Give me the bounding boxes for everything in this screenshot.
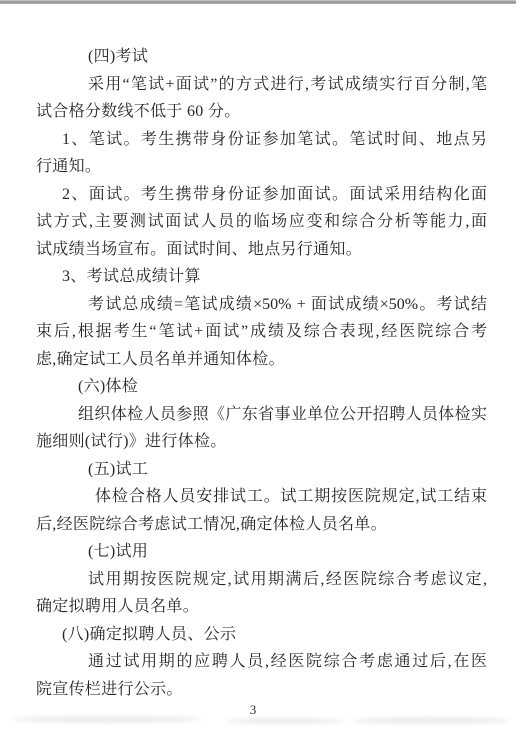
text-line: 行通知。 [36, 153, 487, 181]
text-line: 束后,根据考生“笔试+面试”成绩及综合表现,经医院综合考 [36, 318, 487, 346]
text-line: 体检合格人员安排试工。试工期按医院规定,试工结束 [36, 483, 487, 511]
text-line: 试成绩当场宣布。面试时间、地点另行通知。 [36, 236, 487, 264]
section-heading: (六)体检 [36, 373, 487, 401]
scan-edge-artifact [0, 0, 516, 4]
text-line: 确定拟聘用人员名单。 [36, 593, 487, 621]
text-line: 后,经医院综合考虑试工情况,确定体检人员名单。 [36, 511, 487, 539]
document-body: (四)考试 采用“笔试+面试”的方式进行,考试成绩实行百分制,笔 试合格分数线不… [36, 43, 487, 703]
scan-smudge-artifact [225, 718, 345, 724]
section-heading: (七)试用 [36, 538, 487, 566]
text-line: 采用“笔试+面试”的方式进行,考试成绩实行百分制,笔 [36, 71, 487, 99]
section-heading: (八)确定拟聘人员、公示 [36, 621, 487, 649]
text-line: 试合格分数线不低于 60 分。 [36, 98, 487, 126]
text-line: 试用期按医院规定,试用期满后,经医院综合考虑议定, [36, 566, 487, 594]
text-line: 院宣传栏进行公示。 [36, 676, 487, 704]
text-line: 组织体检人员参照《广东省事业单位公开招聘人员体检实 [36, 401, 487, 429]
text-line: 施细则(试行)》进行体检。 [36, 428, 487, 456]
text-line: 3、考试总成绩计算 [36, 263, 487, 291]
scan-smudge-artifact [12, 716, 202, 723]
document-page: (四)考试 采用“笔试+面试”的方式进行,考试成绩实行百分制,笔 试合格分数线不… [0, 0, 521, 733]
text-line: 1、笔试。考生携带身份证参加笔试。笔试时间、地点另 [36, 126, 487, 154]
text-line: 试方式,主要测试面试人员的临场应变和综合分析等能力,面 [36, 208, 487, 236]
text-line: 2、面试。考生携带身份证参加面试。面试采用结构化面 [36, 181, 487, 209]
text-line: 虑,确定试工人员名单并通知体检。 [36, 346, 487, 374]
text-line: 通过试用期的应聘人员,经医院综合考虑通过后,在医 [36, 648, 487, 676]
section-heading: (四)考试 [36, 43, 487, 71]
scan-smudge-artifact [352, 717, 510, 724]
section-heading: (五)试工 [36, 456, 487, 484]
text-line: 考试总成绩=笔试成绩×50% + 面试成绩×50%。考试结 [36, 291, 487, 319]
